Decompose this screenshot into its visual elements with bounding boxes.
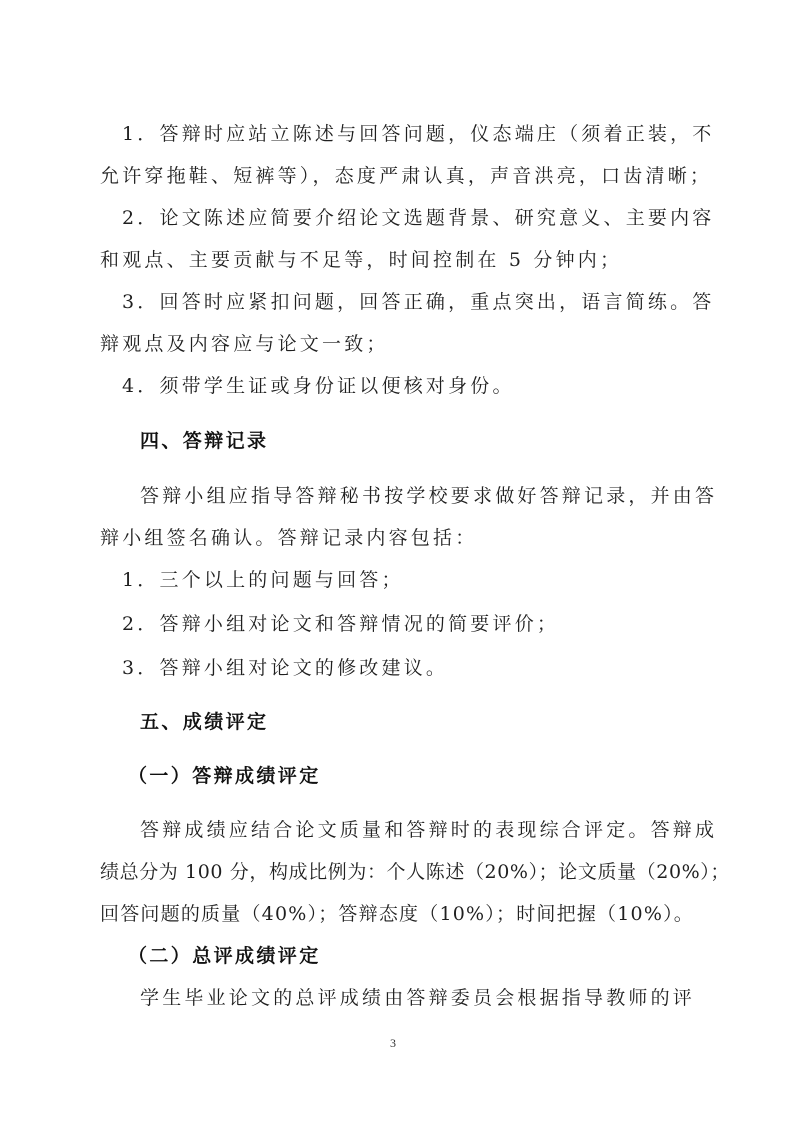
list-item: 2．答辩小组对论文和答辩情况的简要评价；	[100, 612, 694, 636]
document-page: 1．答辩时应站立陈述与回答问题，仪态端庄（须着正装，不 允许穿拖鞋、短裤等），态…	[0, 0, 794, 1123]
paragraph-line: 辩观点及内容应与论文一致；	[100, 332, 694, 356]
subsection-heading-defense-grade: （一）答辩成绩评定	[128, 764, 321, 788]
paragraph-line: 3．回答时应紧扣问题，回答正确，重点突出，语言简练。答	[100, 290, 694, 314]
section-heading-grading: 五、成绩评定	[140, 710, 268, 734]
paragraph-line: 和观点、主要贡献与不足等，时间控制在 5 分钟内；	[100, 248, 694, 272]
paragraph-line: 2．论文陈述应简要介绍论文选题背景、研究意义、主要内容	[100, 206, 694, 230]
paragraph-line: 4．须带学生证或身份证以便核对身份。	[100, 374, 694, 398]
section-heading-defense-record: 四、答辩记录	[140, 429, 268, 453]
page-number: 3	[390, 1036, 396, 1051]
list-item: 1．三个以上的问题与回答；	[100, 568, 694, 592]
paragraph-line: 答辩小组应指导答辩秘书按学校要求做好答辩记录，并由答	[100, 484, 694, 508]
subsection-heading-overall-grade: （二）总评成绩评定	[128, 944, 321, 968]
list-item: 3．答辩小组对论文的修改建议。	[100, 656, 694, 680]
paragraph-line: 1．答辩时应站立陈述与回答问题，仪态端庄（须着正装，不	[100, 122, 694, 146]
paragraph-line: 绩总分为 100 分，构成比例为：个人陈述（20%）；论文质量（20%）；	[100, 860, 694, 884]
paragraph-line: 答辩成绩应结合论文质量和答辩时的表现综合评定。答辩成	[100, 818, 694, 842]
paragraph-line: 允许穿拖鞋、短裤等），态度严肃认真，声音洪亮，口齿清晰；	[100, 164, 694, 188]
paragraph-line: 辩小组签名确认。答辩记录内容包括：	[100, 526, 694, 550]
paragraph-line: 学生毕业论文的总评成绩由答辩委员会根据指导教师的评	[100, 986, 694, 1010]
paragraph-line: 回答问题的质量（40%）；答辩态度（10%）；时间把握（10%）。	[100, 902, 694, 926]
